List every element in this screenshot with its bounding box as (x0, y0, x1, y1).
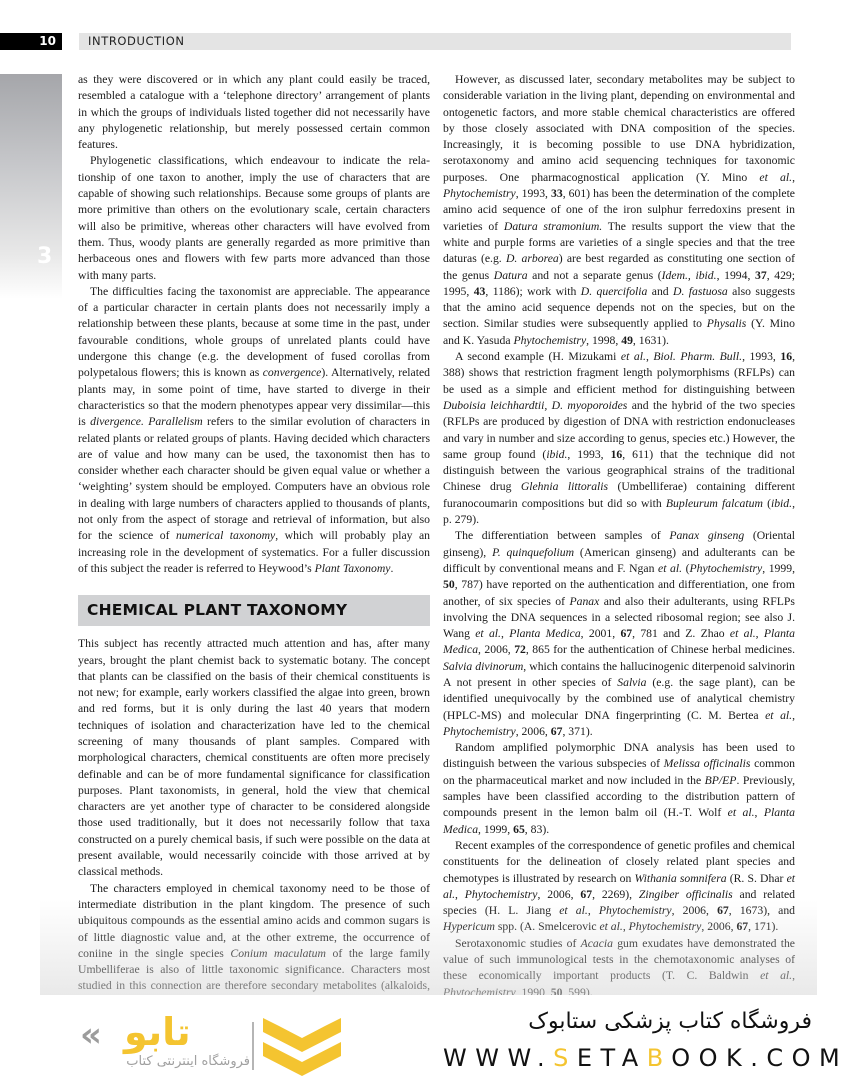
store-url: WWW.SETABOOK.COM (443, 1044, 848, 1072)
paragraph: as they were discovered or in which any … (78, 72, 430, 153)
chapter-tab: 3 (0, 74, 62, 299)
logo-divider (252, 1022, 254, 1070)
chapter-tab-number: 3 (37, 246, 52, 268)
chevron-logo-icon (263, 1018, 341, 1076)
paragraph: Phylogenetic classifications, which ende… (78, 153, 430, 283)
paragraph: The difficulties facing the taxonomist a… (78, 284, 430, 577)
section-heading: CHEMICAL PLANT TAXONOMY (78, 595, 430, 626)
paragraph: A second example (H. Mizukami et al., Bi… (443, 349, 795, 528)
left-column: as they were discovered or in which any … (78, 72, 430, 1027)
right-column: However, as discussed later, secondary m… (443, 72, 795, 1066)
paragraph: The differentiation between samples of P… (443, 528, 795, 740)
running-head: INTRODUCTION (79, 33, 791, 50)
logo-subtitle: فروشگاه اینترنتی کتاب (90, 1054, 250, 1069)
logo-wordmark: تابو (124, 1012, 191, 1052)
double-chevron-left-icon: « (80, 1018, 96, 1052)
paragraph: Random amplified polymorphic DNA analysi… (443, 740, 795, 838)
paragraph: This subject has recently attracted much… (78, 636, 430, 880)
paragraph: Recent examples of the correspondence of… (443, 838, 795, 936)
paragraph: Serotaxonomic studies of Acacia gum exud… (443, 936, 795, 1001)
paragraph: However, as discussed later, secondary m… (443, 72, 795, 349)
store-name-persian: فروشگاه کتاب پزشکی ستابوک (520, 1008, 812, 1036)
page-number: 10 (0, 33, 62, 50)
